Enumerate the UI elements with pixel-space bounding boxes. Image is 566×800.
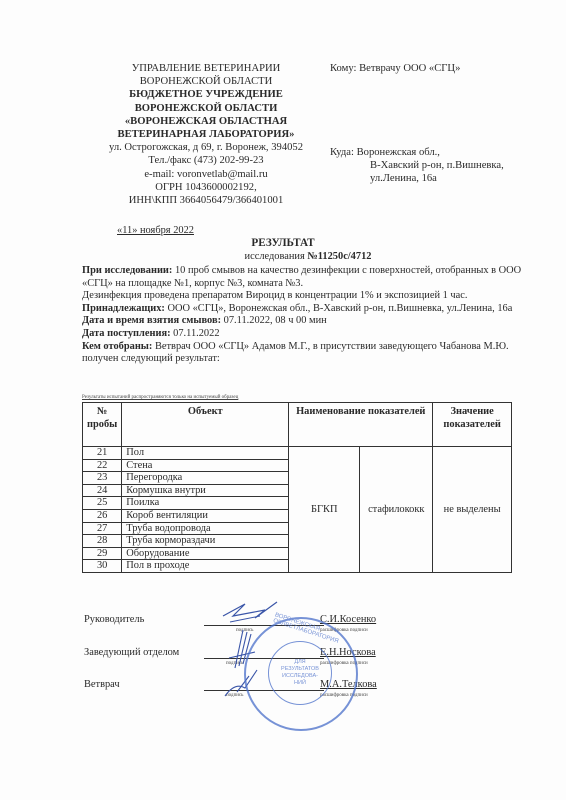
header-line: ВЕТЕРИНАРНАЯ ЛАБОРАТОРИЯ» [84,128,328,141]
stamp-line: РЕЗУЛЬТАТОВ [269,666,331,673]
lab-ogrn: ОГРН 1043600002192, [84,181,328,194]
address-line: ул.Ленина, 16а [330,172,504,185]
address-line: Куда: Воронежская обл., [330,146,504,159]
result-value: не выделены [433,447,512,573]
owner-text: ООО «СГЦ», Воронежская обл., В-Хавский р… [165,303,512,314]
stamp-line: НИЙ [269,680,331,687]
header-line: ВОРОНЕЖСКОЙ ОБЛАСТИ [84,102,328,115]
document-body: При исследовании: 10 проб смывов на каче… [82,265,532,366]
lab-email: e-mail: voronvetlab@mail.ru [84,168,328,181]
sampling-paragraph: Дата и время взятия смывов: 07.11.2022, … [82,315,532,328]
collected-text: Ветврач ООО «СГЦ» Адамов М.Г., в присутс… [152,341,508,352]
sample-num: 28 [83,535,122,548]
sample-num: 22 [83,459,122,472]
header-indicator: Наименование показателей [289,403,433,447]
sample-num: 29 [83,547,122,560]
header-line: БЮДЖЕТНОЕ УЧРЕЖДЕНИЕ [84,88,328,101]
stamp-center: ДЛЯ РЕЗУЛЬТАТОВ ИССЛЕДОВА- НИЙ [268,641,332,705]
lab-phone: Тел./факс (473) 202-99-23 [84,154,328,167]
recipient-to: Кому: Ветврачу ООО «СГЦ» [330,62,460,75]
indicator-name: стафилококк [360,447,433,573]
sample-object: Перегородка [122,472,289,485]
sample-num: 27 [83,522,122,535]
signature-role-dept: Заведующий отделом [84,647,179,658]
header-value: Значение показателей [433,403,512,447]
header-line: ВОРОНЕЖСКОЙ ОБЛАСТИ [84,75,328,88]
sample-num: 24 [83,484,122,497]
research-paragraph: При исследовании: 10 проб смывов на каче… [82,265,532,290]
header-line: «ВОРОНЕЖСКАЯ ОБЛАСТНАЯ [84,115,328,128]
sample-object: Короб вентиляции [122,509,289,522]
sample-object: Труба кормораздачи [122,535,289,548]
document-date: «11» ноября 2022 [117,225,194,236]
header-num: № пробы [83,403,122,447]
sample-num: 25 [83,497,122,510]
signature-role-vet: Ветврач [84,679,120,690]
header-line: УПРАВЛЕНИЕ ВЕТЕРИНАРИИ [84,62,328,75]
lab-inn: ИНН\КПП 3664056479/366401001 [84,194,328,207]
stamp-line: ИССЛЕДОВА- [269,673,331,680]
results-table: № пробы Объект Наименование показателей … [82,402,512,573]
sample-object: Пол в проходе [122,560,289,573]
lab-header: УПРАВЛЕНИЕ ВЕТЕРИНАРИИ ВОРОНЕЖСКОЙ ОБЛАС… [84,62,328,207]
document-title: РЕЗУЛЬТАТ [0,237,566,249]
research-label: При исследовании: [82,265,172,276]
results-note: Результаты испытаний распространяются то… [82,395,238,400]
sample-num: 26 [83,509,122,522]
collected-paragraph: Кем отобраны: Ветврач ООО «СГЦ» Адамов М… [82,341,532,354]
sample-num: 23 [83,472,122,485]
arrival-label: Дата поступления: [82,328,171,339]
signature-role-head: Руководитель [84,614,144,625]
disinfection-paragraph: Дезинфекция проведена препаратом Вироцид… [82,290,532,303]
result-intro: получен следующий результат: [82,353,532,366]
owner-paragraph: Принадлежащих: ООО «СГЦ», Воронежская об… [82,303,532,316]
sample-object: Пол [122,447,289,460]
subtitle-prefix: исследования [245,251,308,262]
sample-num: 30 [83,560,122,573]
sampling-label: Дата и время взятия смывов: [82,315,221,326]
indicator-group: БГКП [289,447,360,573]
stamp-line: ДЛЯ [269,659,331,666]
sample-object: Оборудование [122,547,289,560]
table-row: 21 Пол БГКП стафилококк не выделены [83,447,512,460]
research-number: №11250с/4712 [307,251,371,262]
document-subtitle: исследования №11250с/4712 [0,251,566,262]
sample-object: Поилка [122,497,289,510]
official-stamp: ВОРОНЕЖСКАЯ ОБЛВЕТЛАБОРАТОРИЯ ДЛЯ РЕЗУЛЬ… [244,617,358,731]
sampling-text: 07.11.2022, 08 ч 00 мин [221,315,327,326]
address-line: В-Хавский р-он, п.Вишневка, [330,159,504,172]
arrival-text: 07.11.2022 [171,328,220,339]
arrival-paragraph: Дата поступления: 07.11.2022 [82,328,532,341]
collected-label: Кем отобраны: [82,341,152,352]
sample-object: Кормушка внутри [122,484,289,497]
sample-num: 21 [83,447,122,460]
table-header-row: № пробы Объект Наименование показателей … [83,403,512,447]
sample-object: Труба водопровода [122,522,289,535]
owner-label: Принадлежащих: [82,303,165,314]
header-object: Объект [122,403,289,447]
recipient-address: Куда: Воронежская обл., В-Хавский р-он, … [330,146,504,186]
lab-address: ул. Острогожская, д 69, г. Воронеж, 3940… [84,141,328,154]
sample-object: Стена [122,459,289,472]
